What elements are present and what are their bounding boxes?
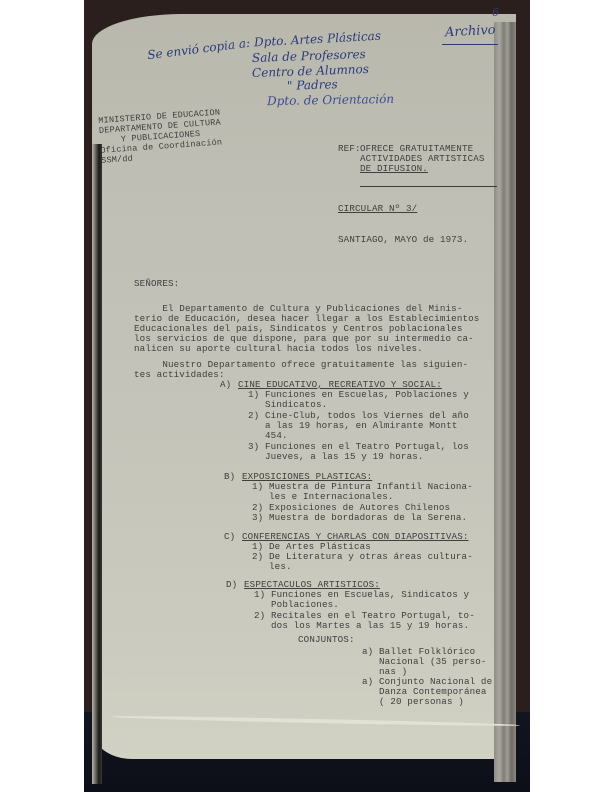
section-item: Sindicatos.: [248, 400, 327, 410]
binding-spine: [92, 144, 102, 784]
reference-line: DE DIFUSION.: [360, 164, 428, 174]
date-line: SANTIAGO, MAYO de 1973.: [338, 235, 468, 245]
section-item: 454.: [248, 431, 288, 441]
handwritten-archive-note: Archivo: [445, 23, 496, 41]
section-letter: C): [224, 532, 235, 542]
ensembles-label: CONJUNTOS:: [298, 635, 355, 645]
document-photo: Se envió copia a: Dpto. Artes Plásticas …: [84, 0, 530, 792]
section-letter: B): [224, 472, 235, 482]
page-bottom-edge: [110, 715, 520, 728]
page-stack-edge: [494, 22, 516, 782]
handwritten-copies-note: Se envió copia a:: [147, 36, 251, 62]
section-letter: D): [226, 580, 237, 590]
handwritten-recipient: " Padres: [287, 77, 338, 93]
ensemble-line: ( 20 personas ): [362, 697, 464, 707]
section-item: 3) Muestra de bordadoras de la Serena.: [252, 513, 467, 523]
intro-line: nalicen su aporte cultural hacia todos l…: [134, 344, 423, 354]
handwritten-page-number: 6: [492, 6, 499, 19]
offer-line: tes actividades:: [134, 370, 225, 380]
section-item: Jueves, a las 15 y 19 horas.: [248, 452, 424, 462]
section-item: dos los Martes a las 15 y 19 horas.: [254, 621, 469, 631]
handwritten-underline: [442, 44, 498, 45]
salutation: SEÑORES:: [134, 279, 179, 289]
handwritten-recipient: Dpto. de Orientación: [267, 92, 394, 108]
letterhead: MINISTERIO DE EDUCACION DEPARTAMENTO DE …: [98, 107, 223, 165]
section-item: Poblaciones.: [254, 600, 339, 610]
section-letter: A): [220, 380, 231, 390]
section-item: les e Internacionales.: [252, 492, 394, 502]
section-item: les.: [252, 562, 292, 572]
circular-number: CIRCULAR Nº 3/: [338, 204, 417, 214]
paper-page: Se envió copia a: Dpto. Artes Plásticas …: [92, 14, 516, 759]
reference-label: REF:: [338, 144, 361, 154]
reference-underline: [360, 186, 497, 187]
